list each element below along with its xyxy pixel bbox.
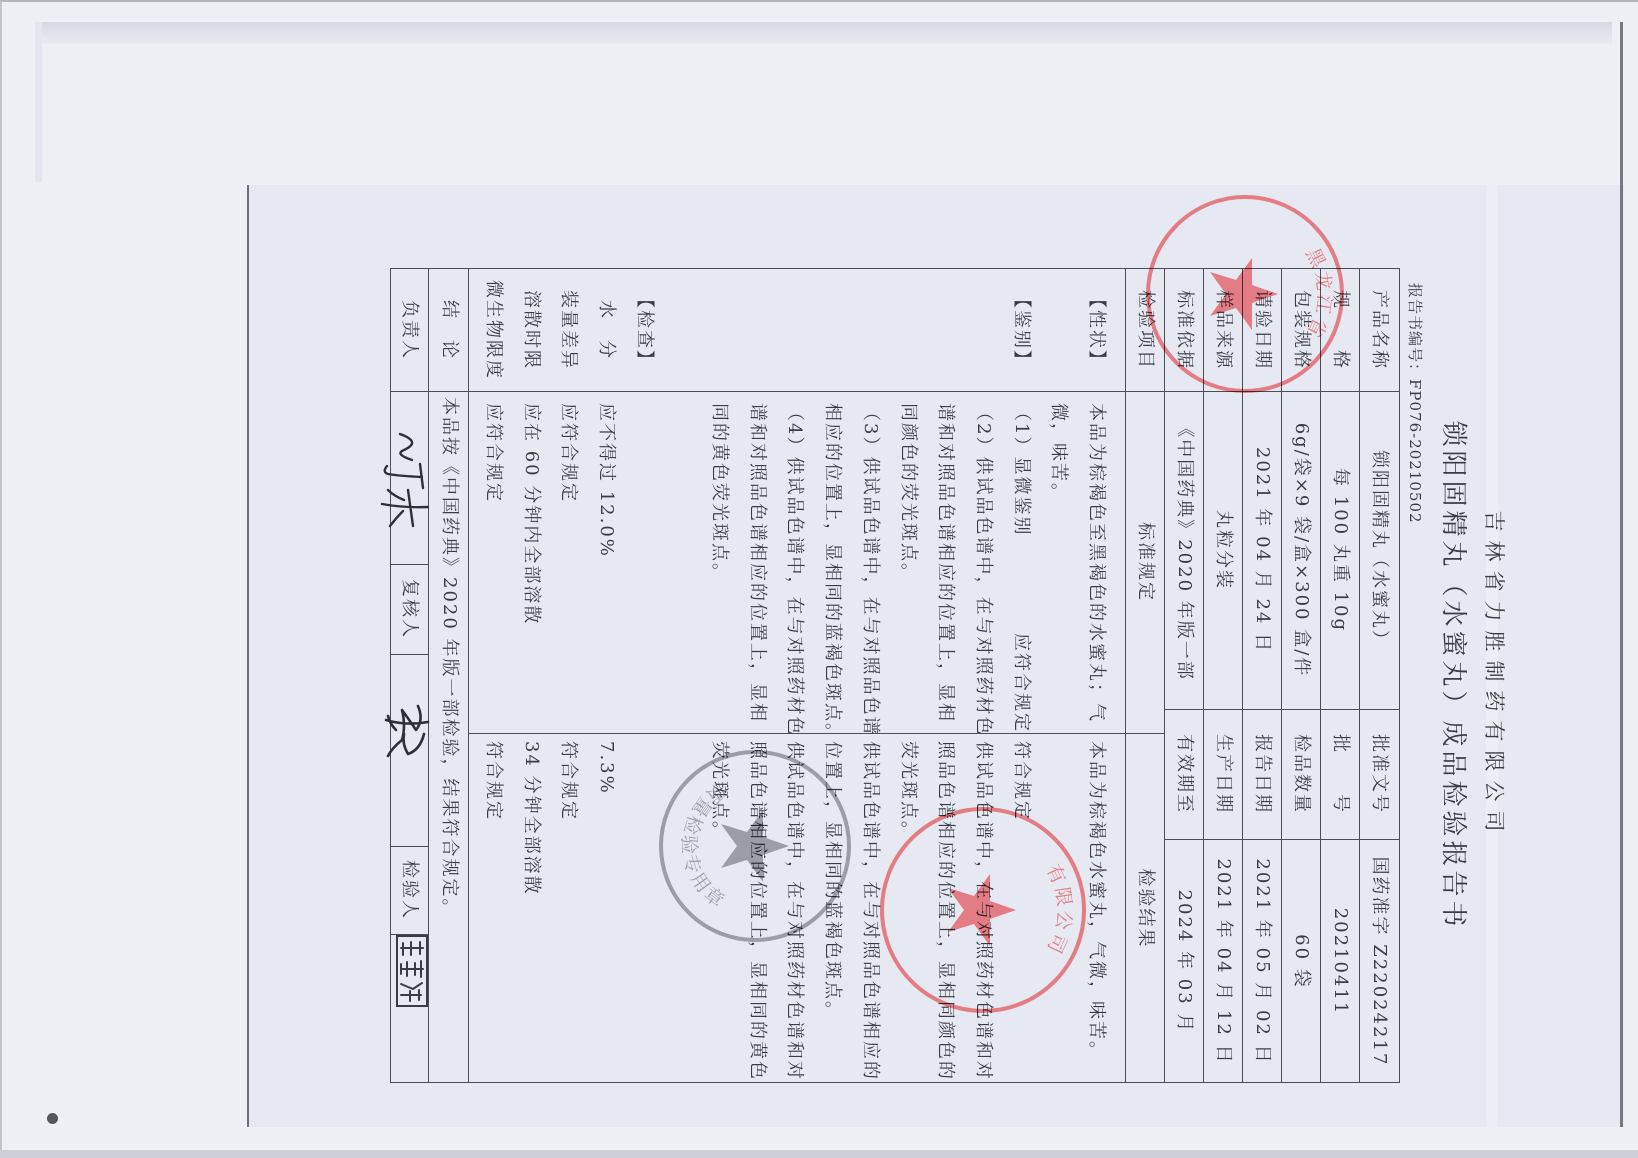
- report-title: 锁阳固精丸（水蜜丸）成品检验报告书: [1437, 268, 1469, 1083]
- body-line: 谱和对照品色谱相应的位置上，显相 照品色谱相应的位置上，显相同的黄色: [738, 269, 776, 1084]
- star-icon: [948, 874, 1016, 946]
- check-row-disintegration: 溶散时限 应在 60 分钟内全部溶散 34 分钟全部溶散: [512, 269, 550, 1084]
- standard-text: （2）供试品色谱中，在与对照药材色: [964, 391, 1002, 733]
- responsible-signature: [378, 430, 434, 530]
- label-sample-quantity: 检品数量: [1282, 709, 1321, 839]
- value-specification: 每 100 丸重 10g: [1321, 391, 1360, 709]
- check-standard: 应符合规定: [550, 391, 588, 733]
- standard-text: 同颜色的荧光斑点。: [889, 391, 927, 733]
- stamp-text: 黑龙江省: [1301, 245, 1335, 343]
- empty-label: [700, 269, 738, 391]
- check-name: 装量差异: [550, 269, 588, 391]
- value-expiry-date: 2024 年 03 月: [1165, 839, 1204, 1084]
- empty-label: [851, 269, 889, 391]
- report-number-label: 报告书编号：: [1406, 283, 1424, 379]
- standard-text: 微，味苦。: [1040, 391, 1078, 733]
- company-seal-stamp: 黑龙江省: [1142, 191, 1348, 397]
- standard-text: （1）显微鉴别应符合规定: [1002, 391, 1040, 733]
- reviewer-label: 复核人: [389, 564, 429, 654]
- label-production-date: 生产日期: [1204, 709, 1243, 839]
- standard-text: 谱和对照品色谱相应的位置上，显相: [738, 391, 776, 733]
- report-number-value: FP076-20210502: [1406, 379, 1424, 524]
- value-sample-source: 丸粒分装: [1204, 391, 1243, 709]
- empty-label: [1040, 269, 1078, 391]
- value-approval-number: 国药准字 Z22024217: [1360, 839, 1399, 1084]
- standard-text: 本品为棕褐色至黑褐色的水蜜丸；气: [1077, 391, 1115, 733]
- check-name: 微生物限度: [474, 269, 512, 391]
- check-standard: 应符合规定: [474, 391, 512, 733]
- value-production-date: 2021 年 04 月 12 日: [1204, 839, 1243, 1084]
- check-name: 溶散时限: [512, 269, 550, 391]
- conclusion-label: 结 论: [429, 269, 469, 391]
- empty-label: [964, 269, 1002, 391]
- check-row-fill-variation: 装量差异 应符合规定 符合规定: [550, 269, 588, 1084]
- value-report-date: 2021 年 05 月 02 日: [1243, 839, 1282, 1084]
- check-standard: 应不得过 12.0%: [587, 391, 625, 733]
- responsible-label: 负责人: [389, 269, 429, 391]
- empty-label: [776, 269, 814, 391]
- empty-label: [814, 269, 852, 391]
- check-name: 水 分: [587, 269, 625, 391]
- company-name: 吉林省力胜制药有限公司: [1479, 268, 1509, 1083]
- report-seal-stamp: 有限公司: [876, 803, 1090, 1017]
- value-batch-number: 20210411: [1321, 839, 1360, 1084]
- empty-label: [927, 269, 965, 391]
- identification-requirement: 应符合规定: [1011, 633, 1032, 733]
- inspector-name-stamp: [395, 934, 429, 1008]
- label-product-name: 产品名称: [1360, 269, 1399, 391]
- blank-line: [663, 269, 701, 1084]
- inspector-label: 检验人: [389, 846, 429, 934]
- report-number: 报告书编号：FP076-20210502: [1406, 283, 1424, 524]
- column-header-standard: 标准规定: [1126, 391, 1165, 733]
- label-expiry-date: 有效期至: [1165, 709, 1204, 839]
- stamp-text: 有限公司: [1042, 861, 1076, 959]
- column-header-result: 检验结果: [1126, 733, 1165, 1084]
- value-standard-basis: 《中国药典》2020 年版一部: [1165, 391, 1204, 709]
- label-approval-number: 批准文号: [1360, 709, 1399, 839]
- standard-text: （4）供试品色谱中，在与对照药材色: [776, 391, 814, 733]
- section-label-identification: 【鉴别】: [1002, 269, 1040, 391]
- standard-text: 相应的位置上，显相同的蓝褐色斑点。: [814, 391, 852, 733]
- reviewer-signature: [382, 700, 432, 760]
- body-line: 相应的位置上，显相同的蓝褐色斑点。 位置上，显相同的蓝褐色斑点。: [814, 269, 852, 1084]
- check-result: 符合规定: [474, 733, 512, 1084]
- label-batch-number: 批 号: [1321, 709, 1360, 839]
- check-standard: 应在 60 分钟内全部溶散: [512, 391, 550, 733]
- empty-label: [889, 269, 927, 391]
- standard-text: （3）供试品色谱中，在与对照品色谱: [851, 391, 889, 733]
- conclusion-text: 本品按《中国药典》2020 年版一部检验，结果符合规定。: [429, 397, 469, 919]
- check-result: 34 分钟全部溶散: [512, 733, 550, 1084]
- star-icon: [1210, 258, 1278, 330]
- check-result: 7.3%: [587, 733, 625, 1084]
- standard-text: 同的黄色荧光斑点。: [700, 391, 738, 733]
- standard-text: 谱和对照品色谱相应的位置上，显相: [927, 391, 965, 733]
- check-row-microbial-limit: 微生物限度 应符合规定 符合规定: [474, 269, 512, 1084]
- body-line: 同的黄色荧光斑点。 荧光斑点。: [700, 269, 738, 1084]
- inspection-report-document: 吉林省力胜制药有限公司 锁阳固精丸（水蜜丸）成品检验报告书 报告书编号：FP07…: [0, 0, 1638, 1158]
- check-result: 符合规定: [550, 733, 588, 1084]
- value-product-name: 锁阳固精丸（水蜜丸）: [1360, 391, 1399, 709]
- quality-inspection-stamp: 质量检验专用章: [655, 746, 855, 946]
- body-line: （4）供试品色谱中，在与对照药材色 供试品色谱中，在与对照药材色谱和对: [776, 269, 814, 1084]
- value-request-date: 2021 年 04 月 24 日: [1243, 391, 1282, 709]
- body-line: 【检查】: [625, 269, 663, 1084]
- section-label-checks: 【检查】: [625, 269, 663, 391]
- value-sample-quantity: 60 袋: [1282, 839, 1321, 1084]
- star-icon: [721, 810, 789, 882]
- label-report-date: 报告日期: [1243, 709, 1282, 839]
- check-row-moisture: 水 分 应不得过 12.0% 7.3%: [587, 269, 625, 1084]
- stamp-text: 质量检验专用章: [678, 778, 730, 914]
- empty-label: [738, 269, 776, 391]
- value-packaging: 6g/袋×9 袋/盒×300 盒/件: [1282, 391, 1321, 709]
- section-label-appearance: 【性状】: [1077, 269, 1115, 391]
- table-rule: [391, 654, 429, 655]
- identification-method: （1）显微鉴别: [1002, 403, 1040, 633]
